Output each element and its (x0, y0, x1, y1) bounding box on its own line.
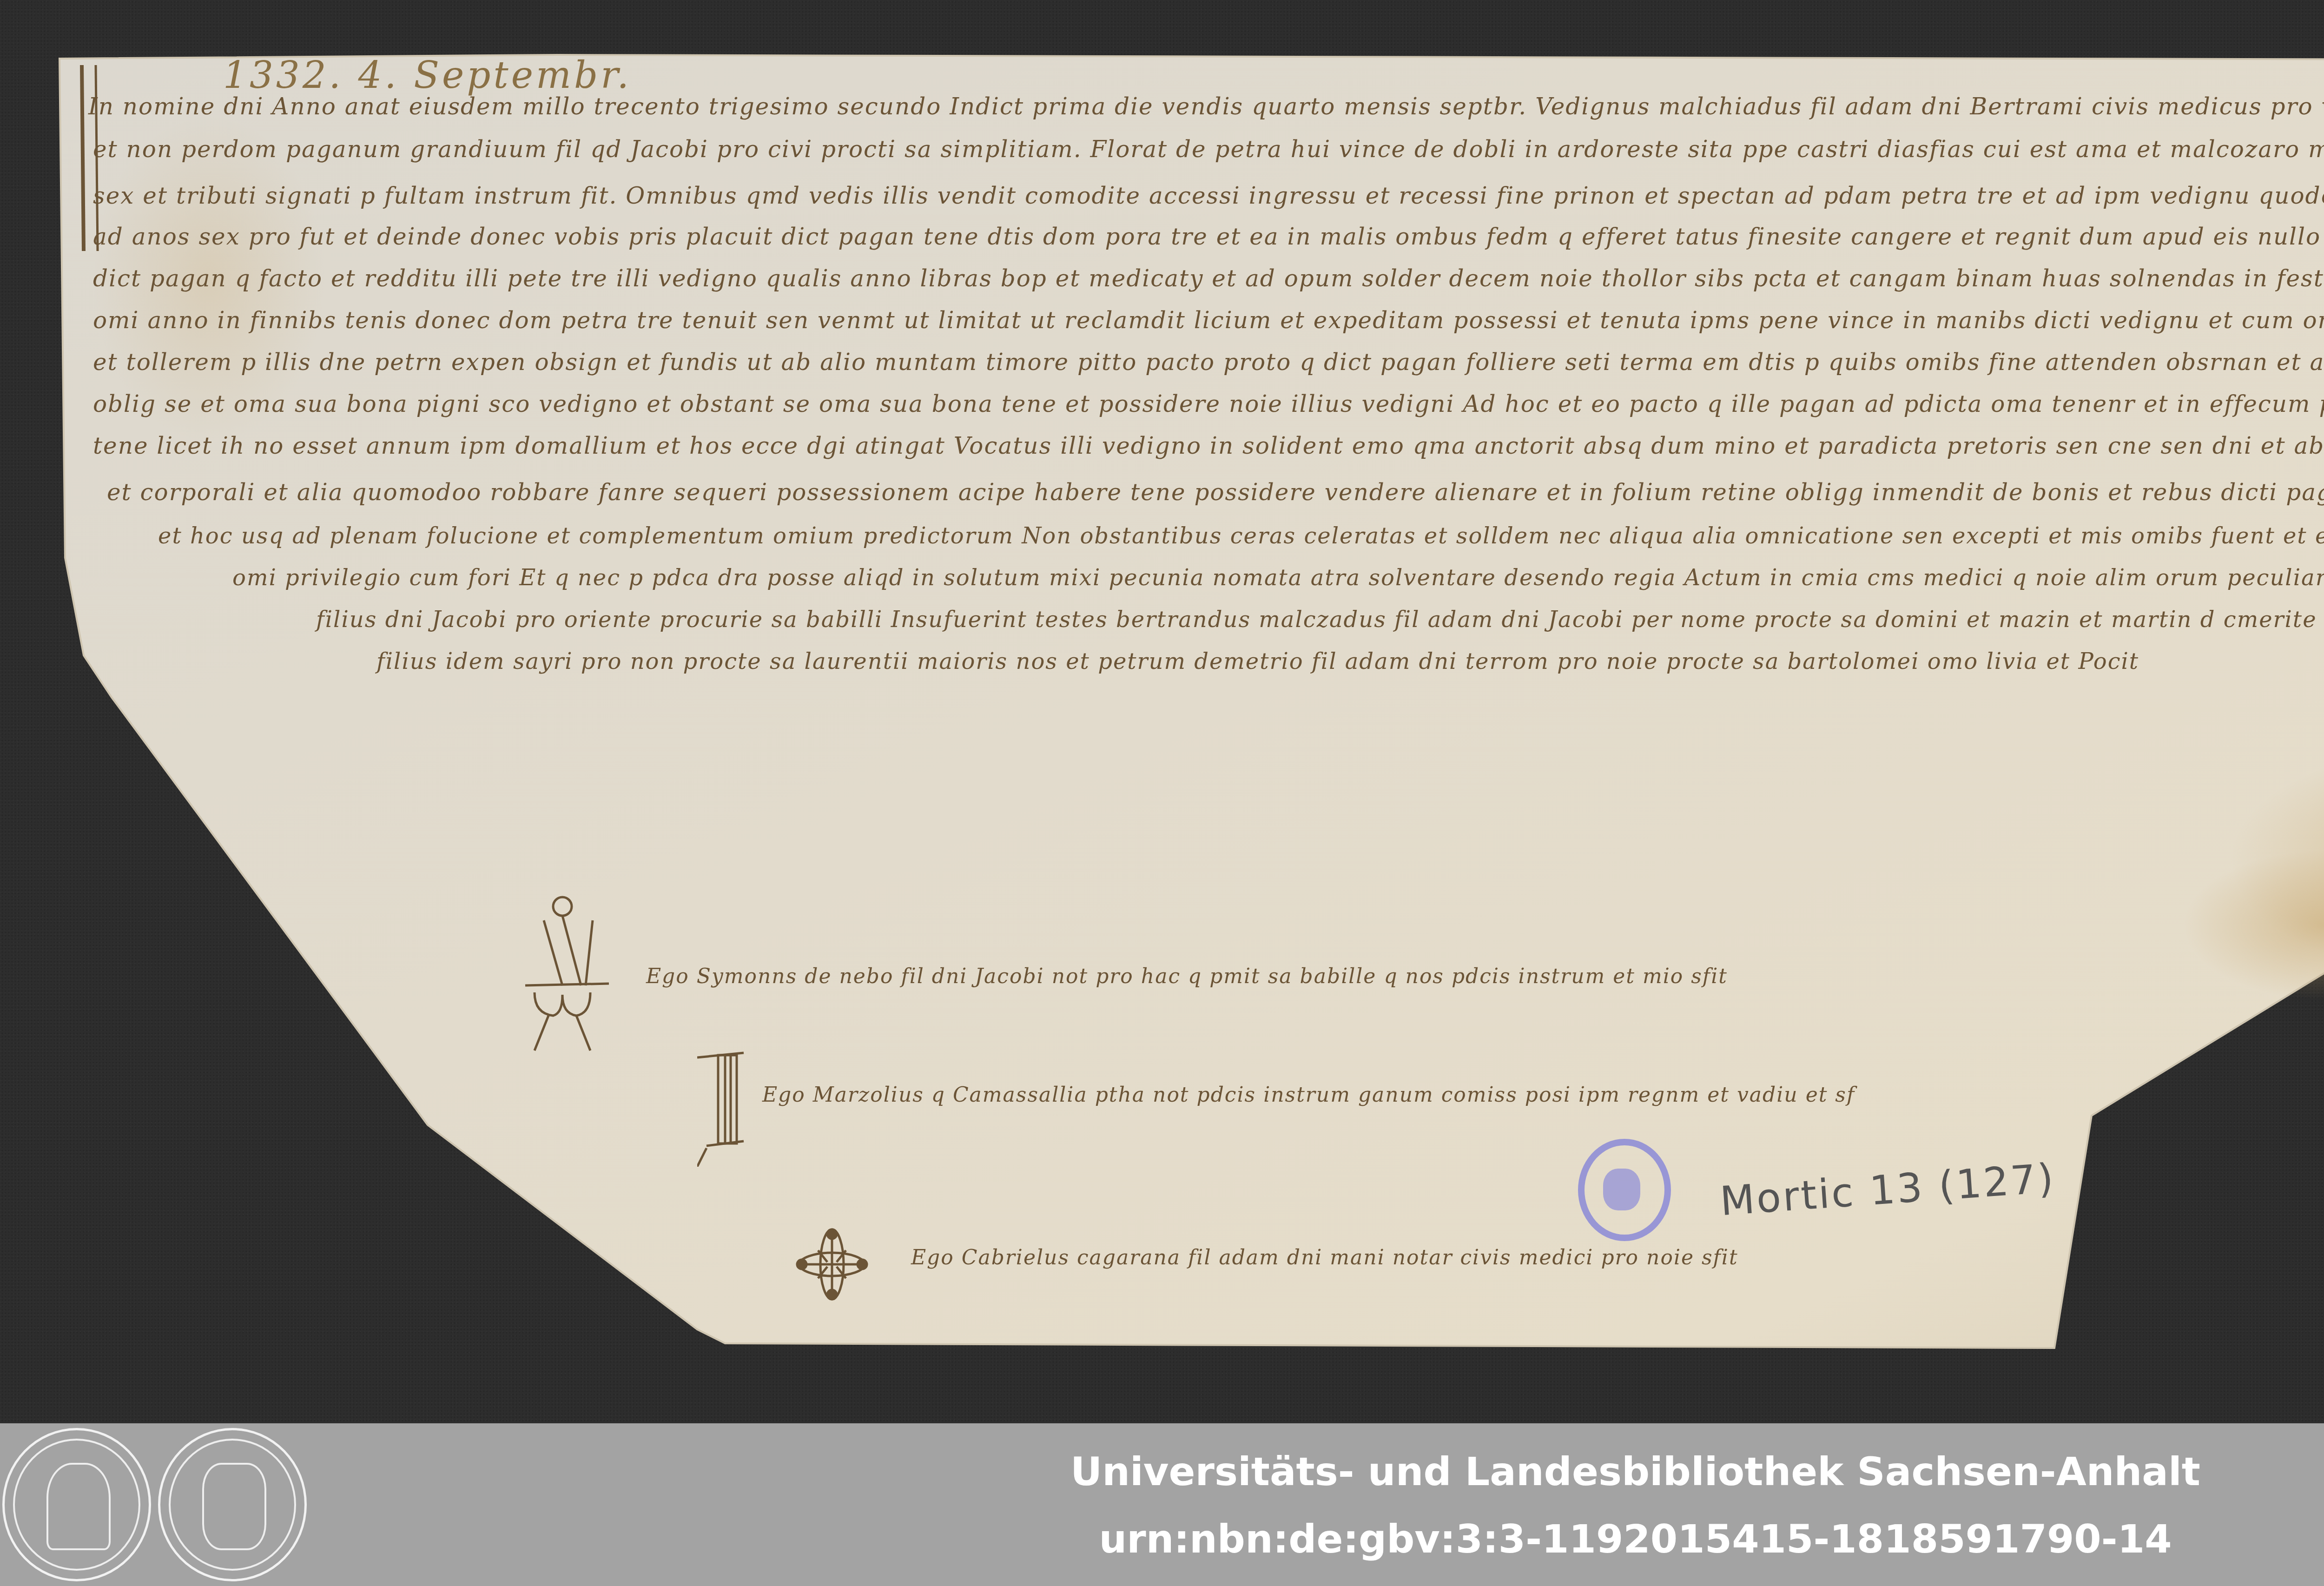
subscription-line: Ego Symonns de nebo fil dni Jacobi not p… (646, 965, 1728, 988)
text-line: et hoc usq ad plenam folucione et comple… (158, 523, 2324, 549)
rosette-signum-icon (790, 1218, 874, 1311)
text-line: et tollerem p illis dne petrn expen obsi… (93, 349, 2324, 376)
text-line: dict pagan q facto et redditu illi pete … (93, 265, 2324, 292)
text-line: oblig se et oma sua bona pigni sco vedig… (93, 390, 2324, 417)
text-line: omi privilegio cum fori Et q nec p pdca … (232, 565, 2324, 591)
library-stamp (1578, 1139, 1671, 1241)
footer-banner: Universitäts- und Landesbibliothek Sachs… (0, 1423, 2324, 1586)
text-line: In nomine dni Anno anat eiusdem millo tr… (88, 93, 2324, 120)
star-signum-icon (516, 892, 623, 1060)
text-line: tene licet ih no esset annum ipm domalli… (93, 432, 2324, 459)
parchment-document (0, 0, 2324, 1423)
institution-name: Universitäts- und Landesbibliothek Sachs… (0, 1449, 2324, 1494)
text-line: omi anno in finnibs tenis donec dom petr… (93, 307, 2324, 334)
urn-identifier: urn:nbn:de:gbv:3:3-1192015415-1818591790… (0, 1516, 2324, 1562)
ladder-signum-icon (697, 1046, 753, 1167)
subscription-line: Ego Marzolius q Camassallia ptha not pdc… (762, 1083, 1855, 1107)
subscription-line: Ego Cabrielus cagarana fil adam dni mani… (911, 1246, 1738, 1269)
text-line: et non perdom paganum grandiuum fil qd J… (93, 136, 2324, 163)
text-line: ad anos sex pro fut et deinde donec vobi… (93, 223, 2324, 250)
text-line: sex et tributi signati p fultam instrum … (93, 182, 2324, 209)
text-line: filius idem sayri pro non procte sa laur… (376, 648, 2139, 674)
text-line: filius dni Jacobi pro oriente procurie s… (316, 607, 2317, 633)
text-line: et corporali et alia quomodoo robbare fa… (107, 479, 2324, 506)
date-annotation: 1332. 4. Septembr. (223, 53, 632, 97)
stamp-emblem-icon (1603, 1169, 1640, 1210)
